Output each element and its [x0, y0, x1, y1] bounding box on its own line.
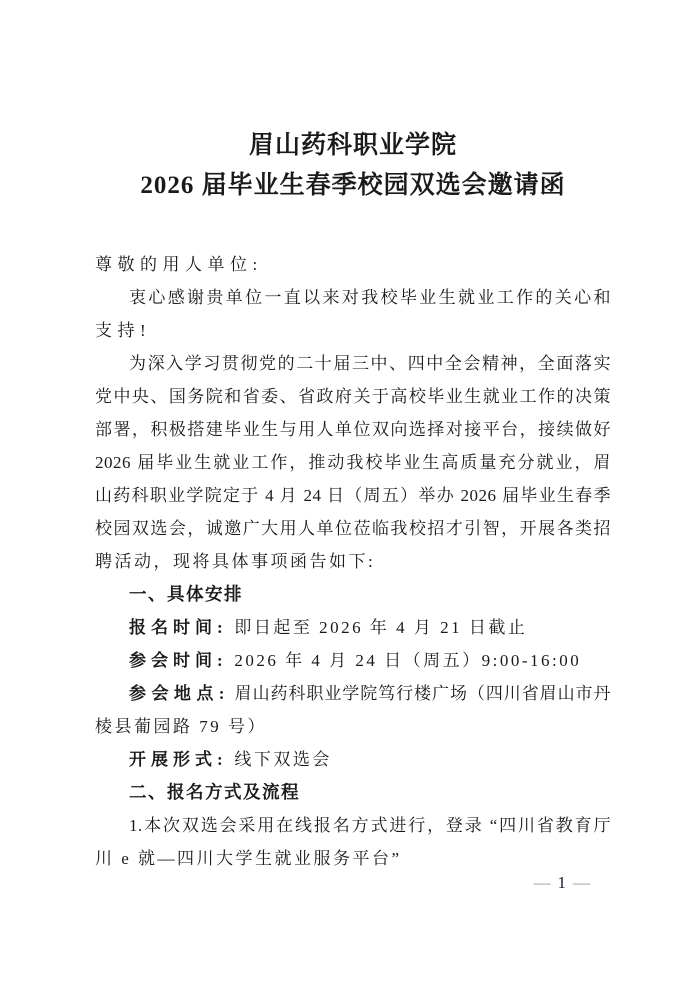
- text-run: 一、具体安排: [129, 584, 243, 604]
- document-line-5: 党中央、国务院和省委、省政府关于高校毕业生就业工作的决策: [95, 380, 611, 413]
- text-run: 二、报名方式及流程: [129, 782, 300, 802]
- document-body: 尊敬的用人单位:衷心感谢贵单位一直以来对我校毕业生就业工作的关心和支持!为深入学…: [95, 248, 611, 875]
- page-number-right-dash: —: [573, 873, 590, 892]
- text-run: 部署，积极搭建毕业生与用人单位双向选择对接平台，接续做好: [95, 420, 611, 439]
- text-run: 衷心感谢贵单位一直以来对我校毕业生就业工作的关心和: [129, 288, 611, 307]
- text-run: 尊敬的用人单位:: [95, 255, 263, 274]
- text-run: 川 e 就—四川大学生就业服务平台”: [95, 849, 402, 868]
- page-number: —1—: [534, 872, 591, 894]
- document-title: 眉山药科职业学院 2026 届毕业生春季校园双选会邀请函: [95, 126, 611, 206]
- document-content: 眉山药科职业学院 2026 届毕业生春季校园双选会邀请函 尊敬的用人单位:衷心感…: [95, 0, 611, 875]
- text-run: 支持!: [95, 321, 151, 340]
- text-run: 2026 年 4 月 24 日（周五）9:00-16:00: [228, 651, 582, 670]
- document-line-8: 山药科职业学院定于 4 月 24 日（周五）举办 2026 届毕业生春季: [95, 479, 611, 512]
- text-run: 报名时间:: [129, 618, 228, 637]
- text-run: 2026 届毕业生就业工作，推动我校毕业生高质量充分就业，眉: [95, 453, 611, 472]
- text-run: 1.本次双选会采用在线报名方式进行，登录 “四川省教育厅: [129, 816, 611, 835]
- document-line-16: 开展形式: 线下双选会: [95, 743, 611, 776]
- document-line-13: 参会时间: 2026 年 4 月 24 日（周五）9:00-16:00: [95, 644, 611, 677]
- text-run: 参会时间:: [129, 651, 228, 670]
- document-page: 眉山药科职业学院 2026 届毕业生春季校园双选会邀请函 尊敬的用人单位:衷心感…: [0, 0, 700, 989]
- text-run: 党中央、国务院和省委、省政府关于高校毕业生就业工作的决策: [95, 387, 611, 406]
- text-run: 参会地点:: [129, 684, 229, 703]
- document-line-14: 参会地点: 眉山药科职业学院笃行楼广场（四川省眉山市丹: [95, 677, 611, 710]
- document-line-3: 支持!: [95, 314, 611, 347]
- document-line-11: 一、具体安排: [95, 578, 611, 611]
- text-run: 棱县葡园路 79 号）: [95, 717, 267, 736]
- text-run: 为深入学习贯彻党的二十届三中、四中全会精神，全面落实: [129, 354, 611, 373]
- document-line-10: 聘活动，现将具体事项函告如下:: [95, 545, 611, 578]
- document-line-19: 川 e 就—四川大学生就业服务平台”: [95, 842, 611, 875]
- text-run: 即日起至 2026 年 4 月 21 日截止: [228, 618, 528, 637]
- text-run: 山药科职业学院定于 4 月 24 日（周五）举办 2026 届毕业生春季: [95, 486, 611, 505]
- document-title-line-2: 2026 届毕业生春季校园双选会邀请函: [95, 166, 611, 206]
- document-line-2: 衷心感谢贵单位一直以来对我校毕业生就业工作的关心和: [95, 281, 611, 314]
- page-number-left-dash: —: [534, 873, 551, 892]
- document-line-18: 1.本次双选会采用在线报名方式进行，登录 “四川省教育厅: [95, 809, 611, 842]
- text-run: 开展形式:: [129, 750, 228, 769]
- document-line-4: 为深入学习贯彻党的二十届三中、四中全会精神，全面落实: [95, 347, 611, 380]
- text-run: 校园双选会，诚邀广大用人单位莅临我校招才引智，开展各类招: [95, 519, 611, 538]
- document-line-9: 校园双选会，诚邀广大用人单位莅临我校招才引智，开展各类招: [95, 512, 611, 545]
- text-run: 线下双选会: [228, 750, 332, 769]
- document-line-7: 2026 届毕业生就业工作，推动我校毕业生高质量充分就业，眉: [95, 446, 611, 479]
- document-line-1: 尊敬的用人单位:: [95, 248, 611, 281]
- document-line-17: 二、报名方式及流程: [95, 776, 611, 809]
- document-line-6: 部署，积极搭建毕业生与用人单位双向选择对接平台，接续做好: [95, 413, 611, 446]
- text-run: 聘活动，现将具体事项函告如下:: [95, 552, 375, 571]
- document-line-12: 报名时间: 即日起至 2026 年 4 月 21 日截止: [95, 611, 611, 644]
- document-title-line-1: 眉山药科职业学院: [95, 126, 611, 166]
- text-run: 眉山药科职业学院笃行楼广场（四川省眉山市丹: [229, 684, 611, 703]
- document-line-15: 棱县葡园路 79 号）: [95, 710, 611, 743]
- page-number-value: 1: [558, 873, 567, 892]
